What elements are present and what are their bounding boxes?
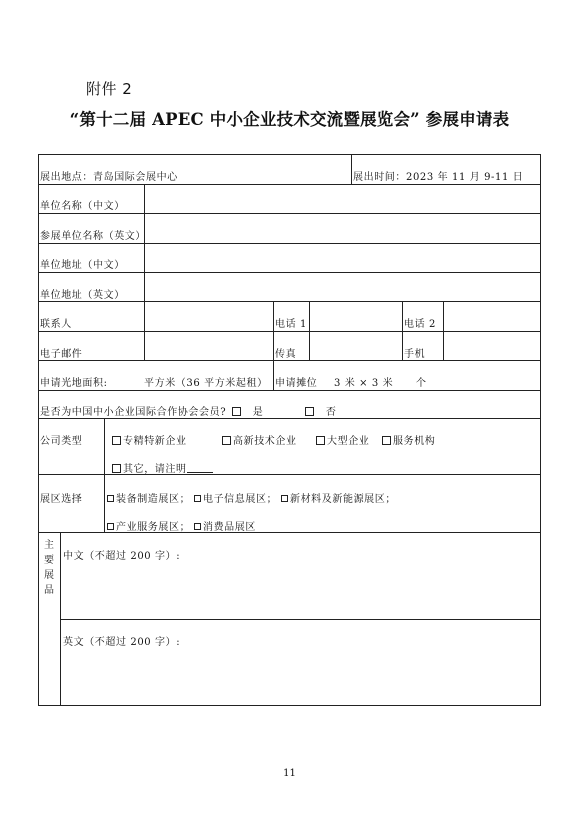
mobile-label: 手机 (404, 345, 425, 360)
company-type-option[interactable]: 高新技术企业 (222, 432, 297, 447)
address-cn-label: 单位地址（中文） (40, 256, 125, 271)
fax-field[interactable] (311, 333, 401, 359)
address-cn-field[interactable] (146, 245, 539, 271)
zone-option[interactable]: 产业服务展区； (107, 522, 190, 533)
col-divider (104, 418, 105, 532)
checkbox-icon[interactable] (382, 436, 391, 445)
exhibits-en-field[interactable] (62, 646, 539, 703)
booth-label: 申请摊位 (275, 374, 317, 389)
exhibits-cn-field[interactable] (62, 560, 539, 617)
phone1-field[interactable] (311, 303, 401, 330)
company-type-option-other[interactable]: 其它，请注明 (112, 460, 213, 475)
zone-option[interactable]: 电子信息展区； (194, 494, 277, 505)
page-number: 11 (0, 768, 579, 779)
membership-question: 是否为中国中小企业国际合作协会会员? (40, 407, 226, 418)
contact-person-label: 联系人 (40, 315, 72, 330)
table-border-right (540, 154, 541, 706)
other-specify-field[interactable] (187, 463, 213, 473)
contact-person-field[interactable] (146, 303, 272, 330)
membership-no-label: 否 (326, 407, 337, 418)
area-label: 申请光地面积: (40, 374, 108, 389)
company-name-en-label: 参展单位名称（英文） (40, 227, 146, 242)
company-type-option[interactable]: 服务机构 (382, 432, 435, 447)
row-divider (38, 390, 541, 391)
phone1-label: 电话 1 (275, 315, 307, 330)
zone-option[interactable]: 新材料及新能源展区； (281, 494, 396, 505)
checkbox-icon[interactable] (107, 495, 114, 502)
table-border-top (38, 154, 541, 155)
zone-option[interactable]: 装备制造展区； (107, 494, 190, 505)
zone-options-line2: 产业服务展区； 消费品展区 (107, 518, 256, 533)
membership-yes-label: 是 (253, 407, 264, 418)
main-exhibits-label: 主 要 展 品 (38, 538, 60, 598)
company-name-en-field[interactable] (146, 215, 539, 241)
row-divider (38, 418, 541, 419)
checkbox-icon[interactable] (194, 495, 201, 502)
checkbox-icon[interactable] (316, 436, 325, 445)
company-name-cn-field[interactable] (146, 186, 539, 212)
company-name-cn-label: 单位名称（中文） (40, 197, 125, 212)
phone2-label: 电话 2 (404, 315, 436, 330)
zone-options-line1: 装备制造展区； 电子信息展区； 新材料及新能源展区； (107, 490, 396, 505)
mobile-field[interactable] (445, 333, 539, 359)
fax-label: 传真 (275, 345, 296, 360)
company-type-option[interactable]: 大型企业 (316, 432, 369, 447)
membership-yes-checkbox[interactable] (232, 407, 241, 416)
zone-label: 展区选择 (40, 490, 82, 505)
table-border-bottom (38, 705, 541, 706)
email-label: 电子邮件 (40, 345, 82, 360)
company-type-option[interactable]: 专精特新企业 (112, 432, 187, 447)
company-type-label: 公司类型 (40, 432, 82, 447)
checkbox-icon[interactable] (112, 436, 121, 445)
membership-no-checkbox[interactable] (305, 407, 314, 416)
zone-option[interactable]: 消费品展区 (194, 522, 256, 533)
address-en-field[interactable] (146, 274, 539, 300)
form-title: “第十二届 APEC 中小企业技术交流暨展览会” 参展申请表 (0, 106, 579, 130)
email-field[interactable] (146, 333, 272, 359)
row-divider (60, 619, 541, 620)
phone2-field[interactable] (445, 303, 539, 330)
booth-unit: 个 (416, 374, 427, 389)
venue-text: 展出地点：青岛国际会展中心 (40, 168, 178, 183)
checkbox-icon[interactable] (222, 436, 231, 445)
booth-size: 3 米 × 3 米 (334, 374, 393, 389)
date-text: 展出时间：2023 年 11 月 9-11 日 (353, 168, 523, 183)
checkbox-icon[interactable] (107, 523, 114, 530)
checkbox-icon[interactable] (112, 464, 121, 473)
attachment-label: 附件 2 (86, 78, 132, 99)
row-divider (38, 360, 541, 361)
checkbox-icon[interactable] (281, 495, 288, 502)
area-unit: 平方米（36 平方米起租） (144, 374, 268, 389)
address-en-label: 单位地址（英文） (40, 286, 125, 301)
membership-row: 是否为中国中小企业国际合作协会会员? 是 否 (40, 403, 337, 418)
checkbox-icon[interactable] (194, 523, 201, 530)
